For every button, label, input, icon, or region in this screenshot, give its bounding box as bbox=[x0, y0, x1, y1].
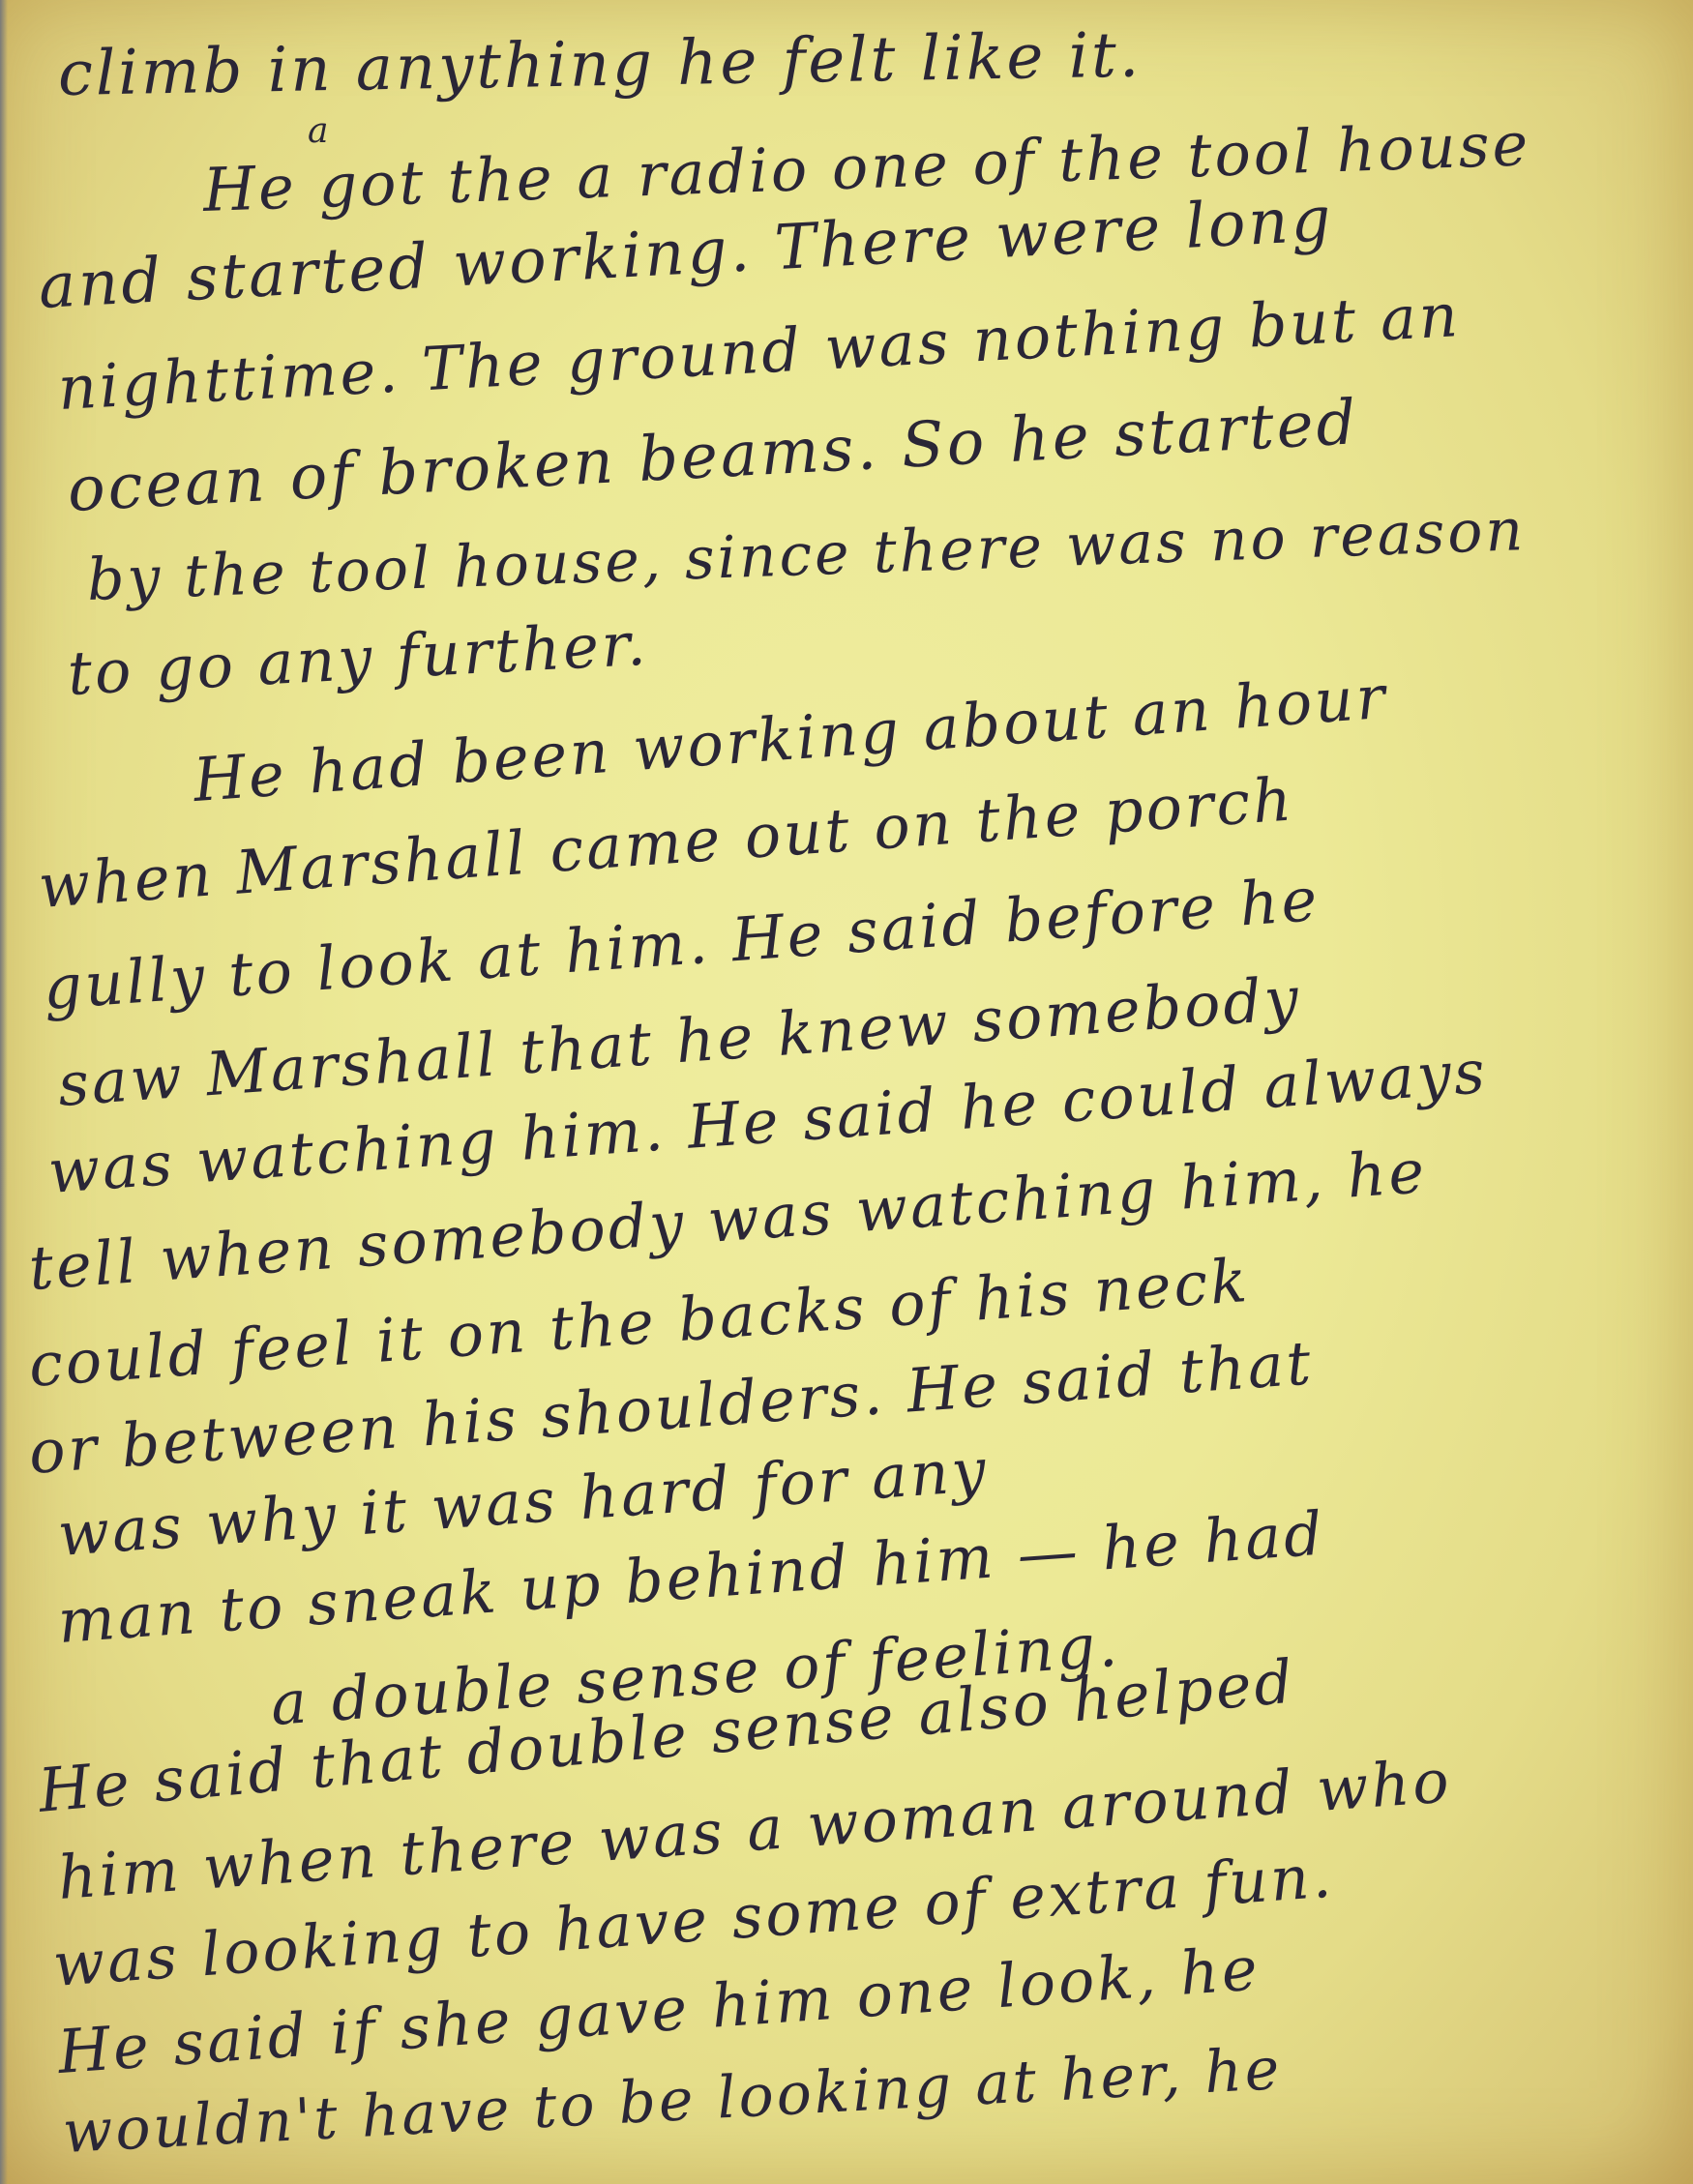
handwritten-line: climb in anything he felt like it. bbox=[57, 19, 1142, 110]
manuscript-page: climb in anything he felt like it. a He … bbox=[0, 0, 1693, 2184]
struck-text: ​ bbox=[37, 1702, 40, 1758]
handwritten-line: by the tool house, since there was no re… bbox=[86, 496, 1527, 614]
handwritten-line: to go any further. bbox=[66, 608, 650, 709]
insertion-mark: a bbox=[308, 111, 328, 151]
